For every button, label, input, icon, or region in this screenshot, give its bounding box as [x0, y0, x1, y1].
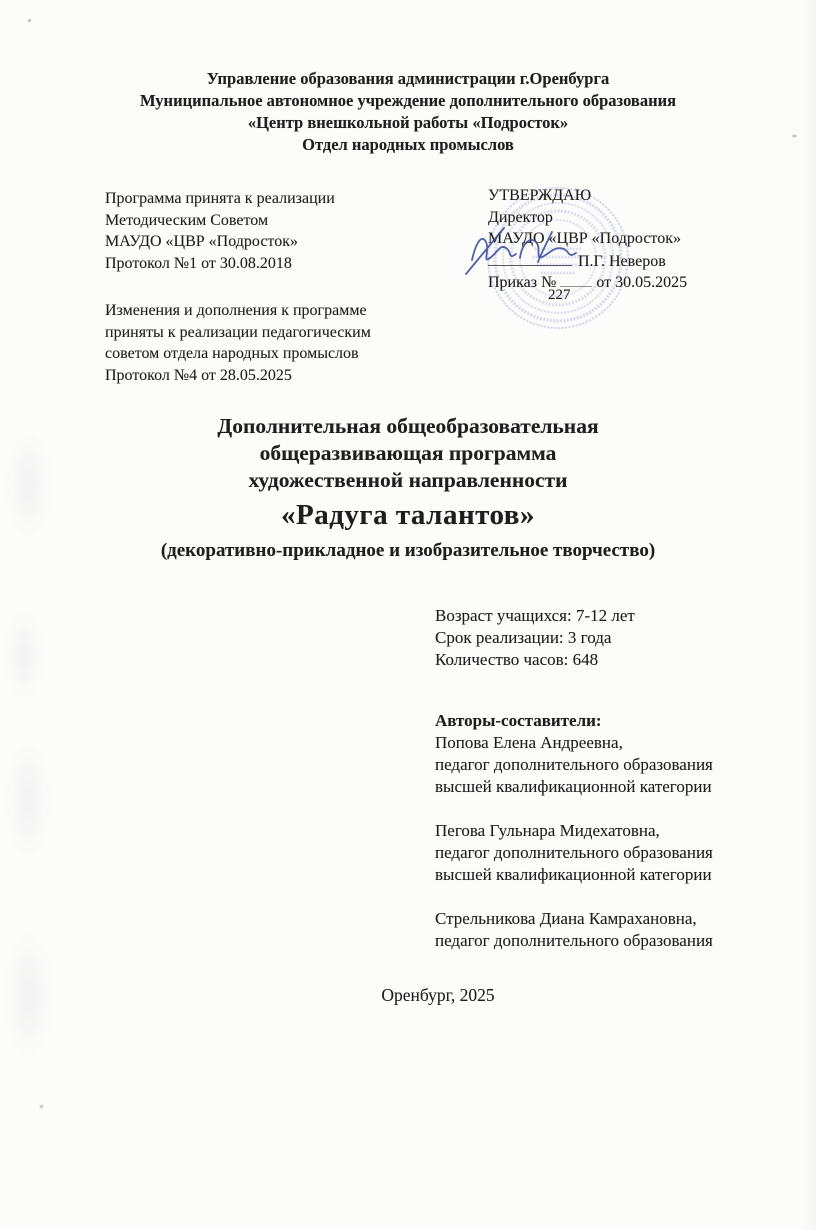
acceptance-line: Программа принята к реализации	[105, 188, 335, 210]
title-line-1: Дополнительная общеобразовательная	[0, 413, 816, 440]
author-role: педагог дополнительного образования	[435, 754, 713, 776]
program-details-block: Возраст учащихся: 7-12 лет Срок реализац…	[435, 605, 635, 671]
author-role: педагог дополнительного образования	[435, 842, 713, 864]
author-entry: Пегова Гульнара Мидехатовна, педагог доп…	[435, 820, 713, 886]
title-line-3: художественной направленности	[0, 467, 816, 494]
author-entry: Стрельникова Диана Камрахановна, педагог…	[435, 908, 713, 952]
order-label: Приказ №	[488, 274, 556, 291]
signatory-name: П.Г. Неверов	[578, 253, 666, 270]
header-line-authority: Управление образования администрации г.О…	[0, 68, 816, 90]
amendments-block: Изменения и дополнения к программе приня…	[105, 300, 371, 386]
acceptance-line: МАУДО «ЦВР «Подросток»	[105, 231, 335, 253]
acceptance-block: Программа принята к реализации Методичес…	[105, 188, 335, 274]
program-subtitle: (декоративно-прикладное и изобразительно…	[0, 539, 816, 563]
author-role: высшей квалификационной категории	[435, 776, 713, 798]
author-entry: Попова Елена Андреевна, педагог дополнит…	[435, 732, 713, 798]
author-name: Попова Елена Андреевна,	[435, 732, 713, 754]
scan-smudge	[6, 740, 50, 860]
order-row: Приказ №от 30.05.2025	[488, 272, 687, 294]
authors-block: Авторы-составители: Попова Елена Андреев…	[435, 710, 713, 952]
program-title-block: Дополнительная общеобразовательная общер…	[0, 413, 816, 563]
scan-smudge	[4, 610, 44, 700]
place-and-year: Оренбург, 2025	[0, 985, 816, 1006]
amendments-line: приняты к реализации педагогическим	[105, 322, 371, 344]
scanned-title-page: Управление образования администрации г.О…	[0, 0, 816, 1230]
author-role: педагог дополнительного образования	[435, 930, 713, 952]
acceptance-line: Методическим Советом	[105, 210, 335, 232]
approval-block: УТВЕРЖДАЮ Директор МАУДО «ЦВР «Подросток…	[488, 185, 687, 294]
title-line-2: общеразвивающая программа	[0, 440, 816, 467]
acceptance-line: Протокол №1 от 30.08.2018	[105, 253, 335, 275]
amendments-line: Протокол №4 от 28.05.2025	[105, 365, 371, 387]
organization-header: Управление образования администрации г.О…	[0, 68, 816, 156]
approve-label: УТВЕРЖДАЮ	[488, 185, 687, 207]
director-title: Директор	[488, 207, 687, 229]
author-name: Пегова Гульнара Мидехатовна,	[435, 820, 713, 842]
amendments-line: Изменения и дополнения к программе	[105, 300, 371, 322]
order-number: 227	[548, 285, 571, 307]
author-role: высшей квалификационной категории	[435, 864, 713, 886]
scan-speck	[28, 19, 31, 22]
signature-row: П.Г. Неверов	[488, 250, 687, 273]
header-line-department: Отдел народных промыслов	[0, 134, 816, 156]
detail-duration: Срок реализации: 3 года	[435, 627, 635, 649]
header-line-institution: Муниципальное автономное учреждение допо…	[0, 90, 816, 112]
signature-line	[488, 250, 572, 266]
detail-hours: Количество часов: 648	[435, 649, 635, 671]
authors-heading: Авторы-составители:	[435, 710, 713, 732]
scan-speck	[40, 1105, 43, 1108]
header-line-center: «Центр внешкольной работы «Подросток»	[0, 112, 816, 134]
amendments-line: советом отдела народных промыслов	[105, 343, 371, 365]
approval-organization: МАУДО «ЦВР «Подросток»	[488, 228, 687, 250]
detail-age: Возраст учащихся: 7-12 лет	[435, 605, 635, 627]
order-date: от 30.05.2025	[596, 274, 687, 291]
program-name: «Радуга талантов»	[0, 497, 816, 534]
author-name: Стрельникова Диана Камрахановна,	[435, 908, 713, 930]
